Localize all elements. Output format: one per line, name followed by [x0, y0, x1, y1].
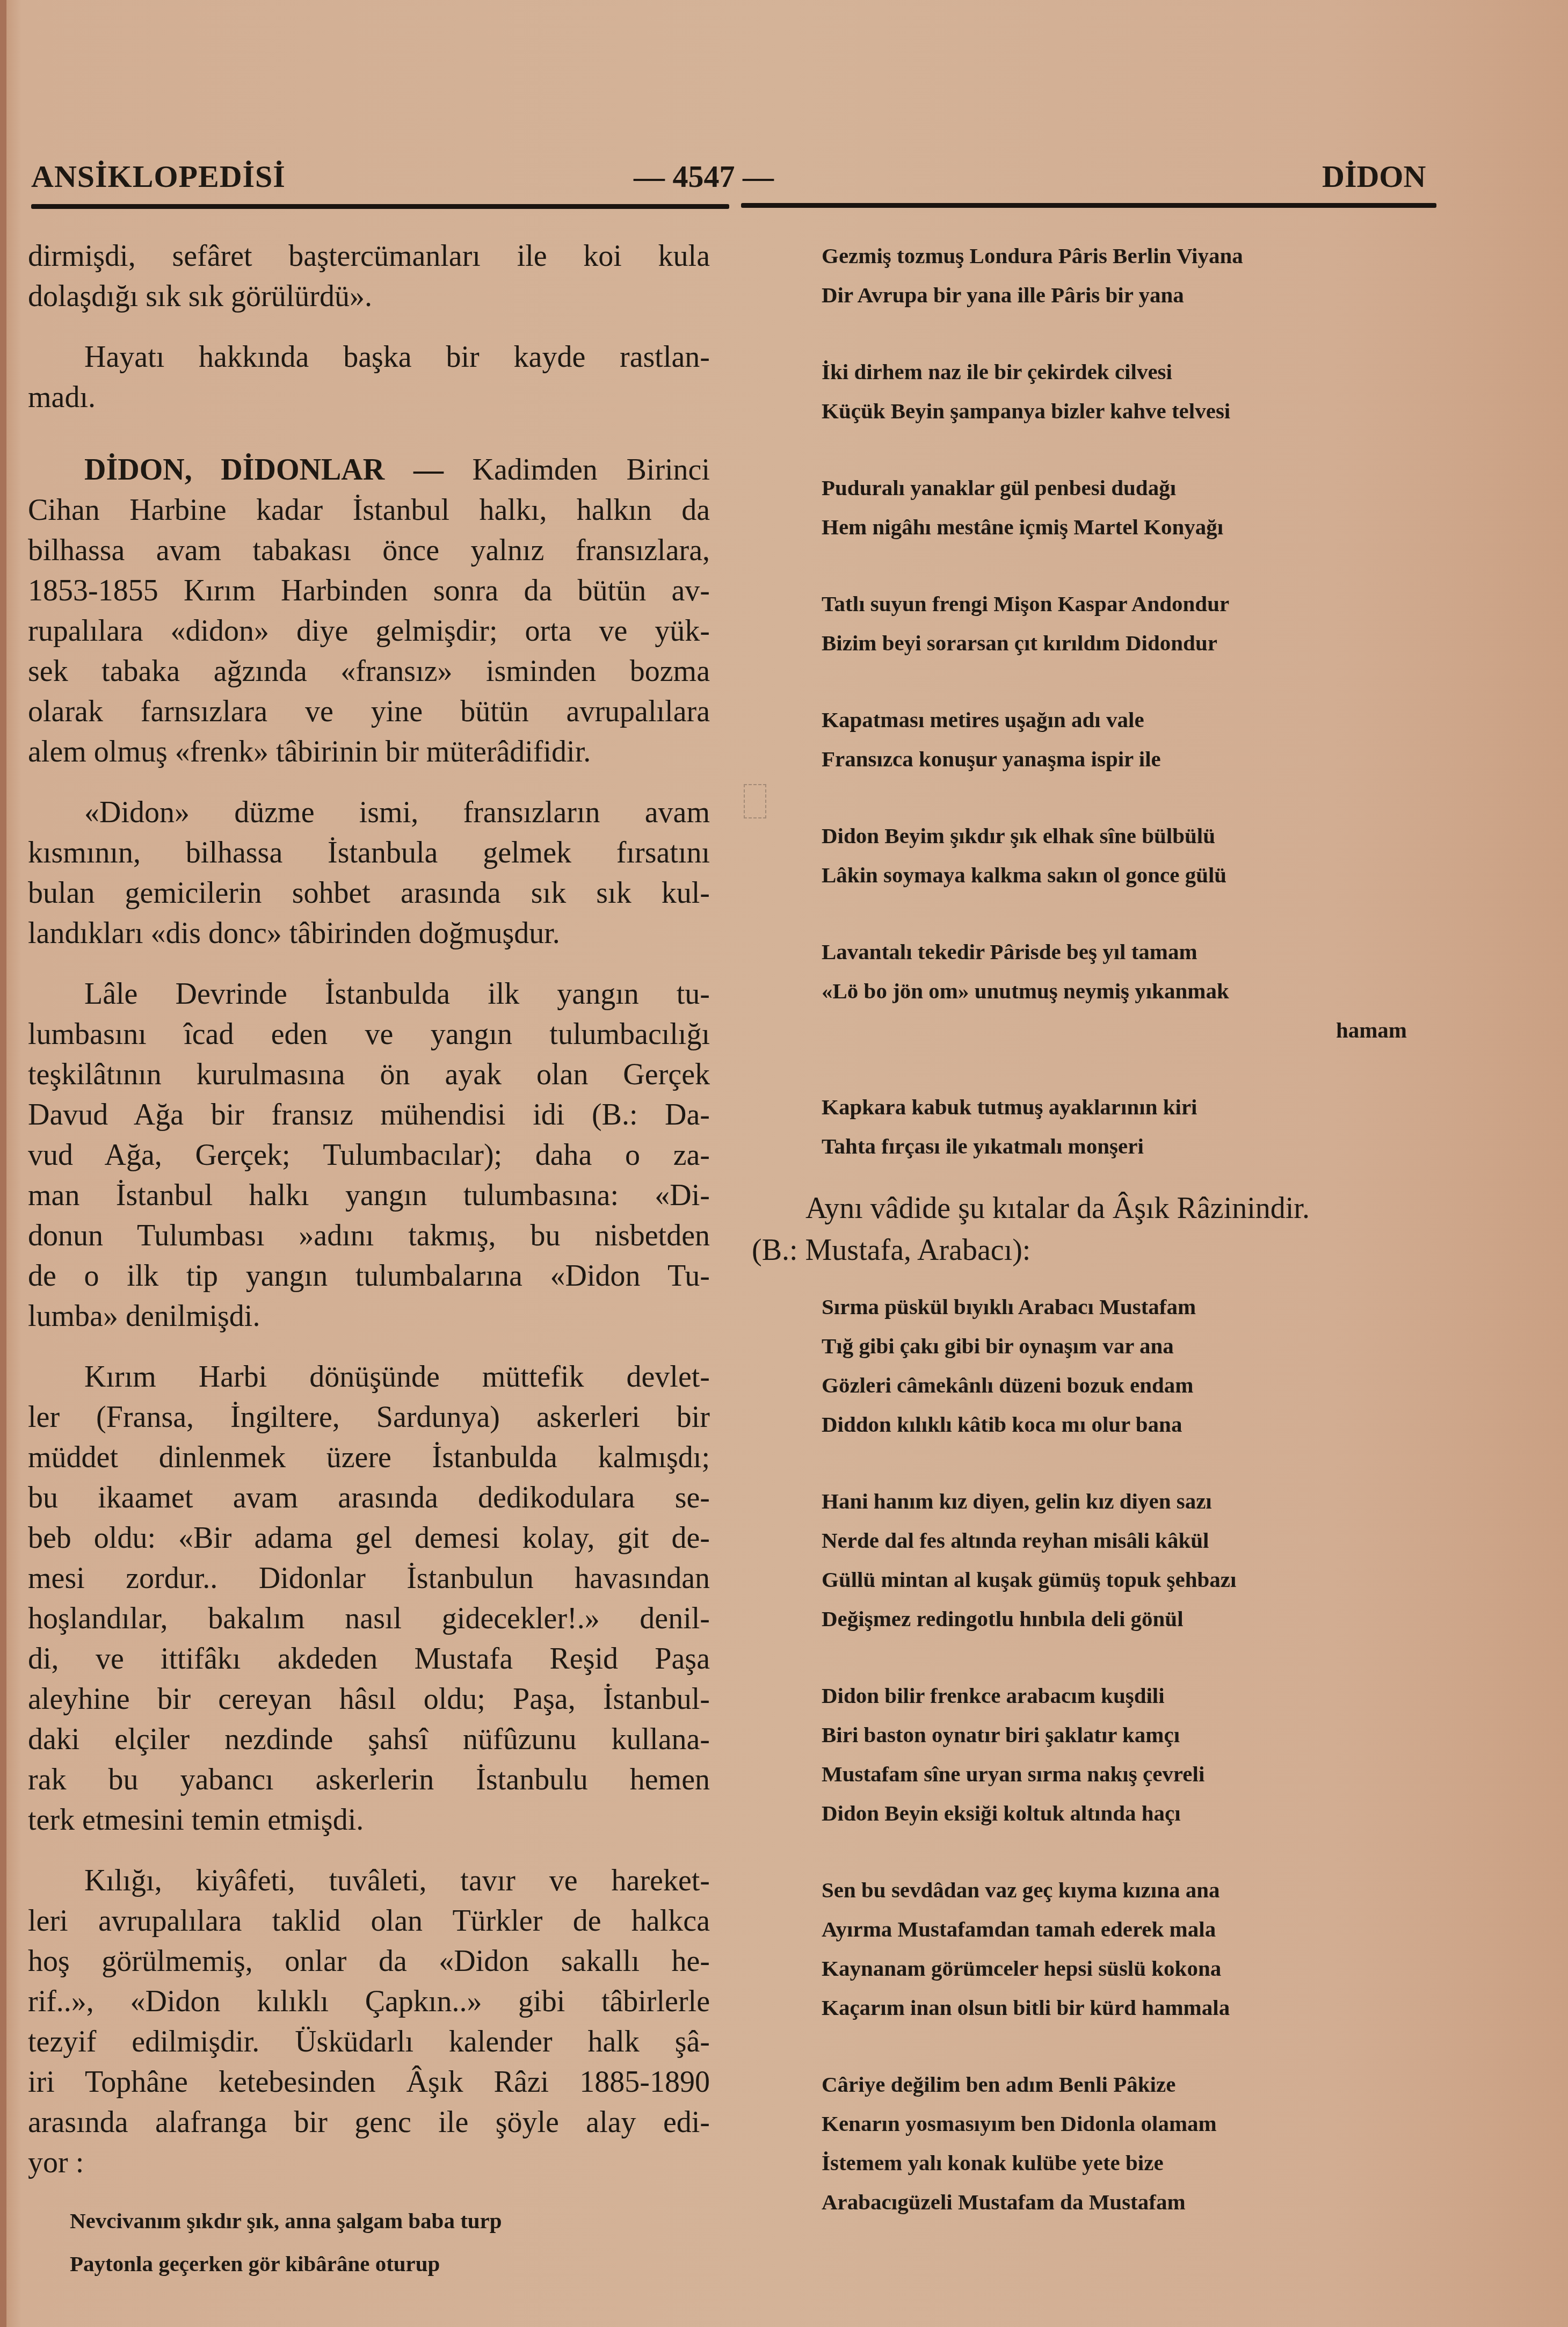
verse-line: Arabacıgüzeli Mustafam da Mustafam	[822, 2183, 1439, 2222]
text-line: sek tabaka ağzında «fransız» isminden bo…	[28, 651, 710, 692]
paragraph-etymology: «Didon» düzme ismi, fransızların avam kı…	[28, 793, 710, 954]
text-line: donun Tulumbası »adını takmış, bu nisbet…	[28, 1216, 710, 1256]
verse-line: Kaçarım inan olsun bitli bir kürd hammal…	[822, 1988, 1439, 2027]
verse-line: Didon Beyim şıkdır şık elhak sîne bülbül…	[822, 816, 1439, 856]
stanza: Puduralı yanaklar gül penbesi dudağı Hem…	[822, 468, 1439, 547]
verse-continuation: hamam	[822, 1011, 1439, 1050]
text-line: man İstanbul halkı yangın tulumbasına: «…	[28, 1176, 710, 1216]
verse-line: Gözleri câmekânlı düzeni bozuk endam	[822, 1366, 1439, 1405]
entry-first-line: DİDON, DİDONLAR — Kadimden Birinci	[28, 450, 710, 490]
text-line: Davud Ağa bir fransız mühendisi idi (B.:…	[28, 1095, 710, 1135]
verse-line: Mustafam sîne uryan sırma nakış çevreli	[822, 1755, 1439, 1794]
text-line: mesi zordur.. Didonlar İstanbulun havası…	[28, 1558, 710, 1599]
left-column: dirmişdi, sefâret baştercümanları ile ko…	[28, 236, 710, 2183]
paragraph-attire: Kılığı, kiyâfeti, tuvâleti, tavır ve har…	[28, 1861, 710, 2183]
verse-line: Gezmiş tozmuş Londura Pâris Berlin Viyan…	[822, 236, 1439, 276]
text-line: de o ilk tip yangın tulumbalarına «Didon…	[28, 1256, 710, 1296]
text-line: dolaşdığı sık sık görülürdü».	[28, 277, 710, 317]
stanza: Hani hanım kız diyen, gelin kız diyen sa…	[822, 1482, 1439, 1639]
paragraph-ayni-vadide: Aynı vâdide şu kıtalar da Âşık Râzinindi…	[752, 1187, 1439, 1271]
verse-line: Didon Beyin eksiği koltuk altında haçı	[822, 1794, 1439, 1833]
text-line: müddet dinlenmek üzere İstanbulda kalmış…	[28, 1438, 710, 1478]
text-line: alem olmuş «frenk» tâbirinin bir müterâd…	[28, 732, 710, 772]
verse-line: Kapatması metires uşağın adı vale	[822, 700, 1439, 740]
paragraph-continuation: dirmişdi, sefâret baştercümanları ile ko…	[28, 236, 710, 317]
header-rule-right	[741, 203, 1436, 208]
right-column: Gezmiş tozmuş Londura Pâris Berlin Viyan…	[741, 236, 1439, 2222]
poem-didon-beyim: Gezmiş tozmuş Londura Pâris Berlin Viyan…	[822, 236, 1439, 1166]
text-line: leri avrupalılara taklid olan Türkler de…	[28, 1901, 710, 1941]
text-line: Kılığı, kiyâfeti, tuvâleti, tavır ve har…	[28, 1861, 710, 1901]
verse-line: Kenarın yosmasıyım ben Didonla olamam	[822, 2104, 1439, 2143]
verse-line: Câriye değilim ben adım Benli Pâkize	[822, 2065, 1439, 2104]
verse-line: Güllü mintan al kuşak gümüş topuk şehbaz…	[822, 1560, 1439, 1599]
verse-line: Değişmez redingotlu hınbıla deli gönül	[822, 1599, 1439, 1639]
text-line: «Didon» düzme ismi, fransızların avam	[28, 793, 710, 833]
entry-didon: DİDON, DİDONLAR — Kadimden Birinci Cihan…	[28, 450, 710, 772]
text-line: terk etmesini temin etmişdi.	[28, 1800, 710, 1840]
page-header: ANSİKLOPEDİSİ — 4547 — DİDON	[0, 0, 1568, 226]
verse-line: Didon bilir frenkce arabacım kuşdili	[822, 1676, 1439, 1715]
text-line: di, ve ittifâkı akdeden Mustafa Reşid Pa…	[28, 1639, 710, 1679]
text-line: Kırım Harbi dönüşünde müttefik devlet-	[28, 1357, 710, 1397]
text-line: rupalılara «didon» diye gelmişdir; orta …	[28, 611, 710, 651]
text-line: daki elçiler nezdinde şahsî nüfûzunu kul…	[28, 1720, 710, 1760]
stanza: Sen bu sevdâdan vaz geç kıyma kızına ana…	[822, 1871, 1439, 2027]
text-line: ler (Fransa, İngiltere, Sardunya) askerl…	[28, 1397, 710, 1438]
verse-line: Paytonla geçerken gör kibârâne oturup	[70, 2242, 502, 2285]
stanza: Gezmiş tozmuş Londura Pâris Berlin Viyan…	[822, 236, 1439, 315]
verse-line: Nerde dal fes altında reyhan misâli kâkü…	[822, 1521, 1439, 1560]
text-line: Cihan Harbine kadar İstanbul halkı, halk…	[28, 490, 710, 531]
stanza: Câriye değilim ben adım Benli Pâkize Ken…	[822, 2065, 1439, 2222]
verse-line: Diddon kılıklı kâtib koca mı olur bana	[822, 1405, 1439, 1444]
text-line: Kadimden Birinci	[473, 453, 710, 487]
verse-line: Fransızca konuşur yanaşma ispir ile	[822, 740, 1439, 779]
text-line: beb oldu: «Bir adama gel demesi kolay, g…	[28, 1518, 710, 1558]
text-line: landıkları «dis donc» tâbirinden doğmuşd…	[28, 914, 710, 954]
verse-line: Lâkin soymaya kalkma sakın ol gonce gülü	[822, 856, 1439, 895]
stanza: Lavantalı tekedir Pârisde beş yıl tamam …	[822, 932, 1439, 1050]
verse-line: Nevcivanım şıkdır şık, anna şalgam baba …	[70, 2199, 502, 2242]
verse-line: Lavantalı tekedir Pârisde beş yıl tamam	[822, 932, 1439, 972]
text-line: hoş görülmemiş, onlar da «Didon sakallı …	[28, 1941, 710, 1982]
text-line: iri Tophâne ketebesinden Âşık Râzi 1885-…	[28, 2062, 710, 2103]
text-line: lumba» denilmişdi.	[28, 1296, 710, 1337]
text-line: arasında alafranga bir genc ile şöyle al…	[28, 2103, 710, 2143]
paragraph-tulumba: Lâle Devrinde İstanbulda ilk yangın tu- …	[28, 974, 710, 1337]
text-line: (B.: Mustafa, Arabacı):	[752, 1229, 1439, 1271]
verse-nevcivanim: Nevcivanım şıkdır şık, anna şalgam baba …	[70, 2199, 502, 2285]
stanza: Didon bilir frenkce arabacım kuşdili Bir…	[822, 1676, 1439, 1833]
text-line: bilhassa avam tabakası önce yalnız frans…	[28, 531, 710, 571]
verse-line: Puduralı yanaklar gül penbesi dudağı	[822, 468, 1439, 508]
text-line: 1853-1855 Kırım Harbinden sonra da bütün…	[28, 571, 710, 611]
running-head-right: DİDON	[1322, 158, 1426, 194]
stanza: Didon Beyim şıkdır şık elhak sîne bülbül…	[822, 816, 1439, 895]
verse-line: Küçük Beyin şampanya bizler kahve telves…	[822, 392, 1439, 431]
stanza: Kapkara kabuk tutmuş ayaklarının kiri Ta…	[822, 1088, 1439, 1166]
verse-line: İki dirhem naz ile bir çekirdek cilvesi	[822, 352, 1439, 392]
stanza: Tatlı suyun frengi Mişon Kaspar Andondur…	[822, 584, 1439, 663]
text-line: Hayatı hakkında başka bir kayde rastlan-	[28, 337, 710, 378]
verse-line: Dir Avrupa bir yana ille Pâris bir yana	[822, 276, 1439, 315]
verse-line: Tığ gibi çakı gibi bir oynaşım var ana	[822, 1326, 1439, 1366]
text-line: yor :	[28, 2143, 710, 2183]
verse-line: Tatlı suyun frengi Mişon Kaspar Andondur	[822, 584, 1439, 624]
verse-line: Kaynanam görümceler hepsi süslü kokona	[822, 1949, 1439, 1988]
stanza: İki dirhem naz ile bir çekirdek cilvesi …	[822, 352, 1439, 431]
verse-line: Sen bu sevdâdan vaz geç kıyma kızına ana	[822, 1871, 1439, 1910]
header-rule-left	[31, 204, 729, 209]
verse-line: Sırma püskül bıyıklı Arabacı Mustafam	[822, 1287, 1439, 1326]
running-head-left: ANSİKLOPEDİSİ	[31, 158, 286, 194]
text-line: bulan gemicilerin sohbet arasında sık sı…	[28, 873, 710, 914]
verse-line: Biri baston oynatır biri şaklatır kamçı	[822, 1715, 1439, 1755]
verse-line: Hani hanım kız diyen, gelin kız diyen sa…	[822, 1482, 1439, 1521]
text-line: tezyif edilmişdir. Üsküdarlı kalender ha…	[28, 2022, 710, 2062]
poem-arabaci-mustafa: Sırma püskül bıyıklı Arabacı Mustafam Tı…	[822, 1287, 1439, 2222]
verse-line: «Lö bo jön om» unutmuş neymiş yıkanmak	[822, 972, 1439, 1011]
text-line: lumbasını îcad eden ve yangın tulumbacıl…	[28, 1014, 710, 1055]
text-line: Lâle Devrinde İstanbulda ilk yangın tu-	[28, 974, 710, 1014]
verse-line: Hem nigâhı mestâne içmiş Martel Konyağı	[822, 508, 1439, 547]
text-line: dirmişdi, sefâret baştercümanları ile ko…	[28, 236, 710, 277]
text-line: bu ikaamet avam arasında dedikodulara se…	[28, 1478, 710, 1518]
text-line: olarak farnsızlara ve yine bütün avrupal…	[28, 692, 710, 732]
paragraph-crimean-war: Kırım Harbi dönüşünde müttefik devlet- l…	[28, 1357, 710, 1840]
verse-line: Bizim beyi sorarsan çıt kırıldım Didondu…	[822, 624, 1439, 663]
verse-line: Ayırma Mustafamdan tamah ederek mala	[822, 1910, 1439, 1949]
text-line: hoşlandılar, bakalım nasıl gidecekler!.»…	[28, 1599, 710, 1639]
stanza: Kapatması metires uşağın adı vale Fransı…	[822, 700, 1439, 779]
text-line: aleyhine bir cereyan hâsıl oldu; Paşa, İ…	[28, 1679, 710, 1720]
text-line: teşkilâtının kurulmasına ön ayak olan Ge…	[28, 1055, 710, 1095]
text-line: madı.	[28, 378, 710, 418]
entry-title: DİDON, DİDONLAR —	[84, 453, 444, 487]
text-line: rak bu yabancı askerlerin İstanbulu heme…	[28, 1760, 710, 1800]
verse-line: İstemem yalı konak kulübe yete bize	[822, 2143, 1439, 2183]
text-line: rif..», «Didon kılıklı Çapkın..» gibi tâ…	[28, 1982, 710, 2022]
page-number: — 4547 —	[634, 158, 774, 194]
text-line: vud Ağa, Gerçek; Tulumbacılar); daha o z…	[28, 1135, 710, 1176]
text-line: Aynı vâdide şu kıtalar da Âşık Râzinindi…	[752, 1187, 1439, 1229]
text-line: kısmının, bilhassa İstanbula gelmek fırs…	[28, 833, 710, 873]
stanza: Sırma püskül bıyıklı Arabacı Mustafam Tı…	[822, 1287, 1439, 1444]
page-edge	[0, 0, 6, 2327]
verse-line: Kapkara kabuk tutmuş ayaklarının kiri	[822, 1088, 1439, 1127]
verse-line: Tahta fırçası ile yıkatmalı monşeri	[822, 1127, 1439, 1166]
paragraph-life: Hayatı hakkında başka bir kayde rastlan-…	[28, 337, 710, 418]
